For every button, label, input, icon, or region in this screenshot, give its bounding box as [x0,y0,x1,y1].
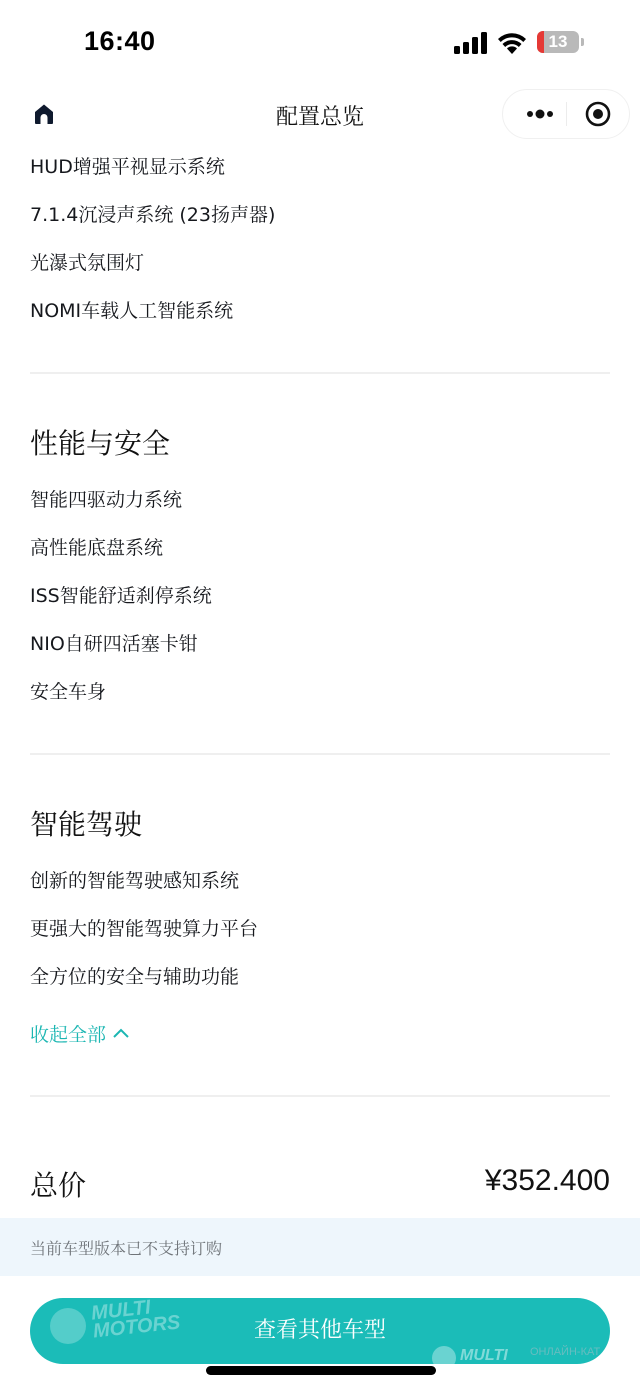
battery-body: 13 [537,31,579,53]
feature-item: 光瀑式氛围灯 [30,239,610,287]
collapse-all-link[interactable]: 收起全部 [30,1013,130,1053]
feature-item: 更强大的智能驾驶算力平台 [30,905,610,953]
section-title: 性能与安全 [30,424,610,464]
feature-item: ISS智能舒适刹停系统 [30,572,610,620]
battery-cap [581,38,584,46]
section-intelligent-cockpit: HUD增强平视显示系统 7.1.4沉浸声系统 (23扬声器) 光瀑式氛围灯 NO… [0,142,640,335]
total-value: ¥352.400 [485,1164,610,1198]
feature-item: NIO自研四活塞卡钳 [30,620,610,668]
status-time: 16:40 [84,26,156,57]
section-smart-driving: 智能驾驶 创新的智能驾驶感知系统 更强大的智能驾驶算力平台 全方位的安全与辅助功… [0,805,640,1053]
status-bar: 16:40 13 [0,0,640,86]
view-other-models-button[interactable]: 查看其他车型 [30,1298,610,1364]
feature-item: 智能四驱动力系统 [30,476,610,524]
collapse-all-label: 收起全部 [30,1020,106,1047]
capsule-divider [566,102,567,126]
section-title: 智能驾驶 [30,805,610,845]
mini-program-capsule [502,89,630,139]
cellular-signal-icon [454,32,488,54]
chevron-up-icon [112,1027,130,1039]
home-icon[interactable] [32,102,56,126]
watermark-logo-icon [432,1346,456,1370]
total-price-row: 总价 ¥352.400 [30,1160,610,1210]
feature-item: 高性能底盘系统 [30,524,610,572]
more-dots-icon[interactable] [513,90,567,138]
notice-bar: 当前车型版本已不支持订购 [0,1218,640,1276]
feature-item: 全方位的安全与辅助功能 [30,953,610,1001]
feature-item: 创新的智能驾驶感知系统 [30,857,610,905]
feature-item: NOMI车载人工智能系统 [30,287,610,335]
section-performance-safety: 性能与安全 智能四驱动力系统 高性能底盘系统 ISS智能舒适刹停系统 NIO自研… [0,424,640,716]
notice-text: 当前车型版本已不支持订购 [30,1236,222,1259]
watermark-logo-icon [50,1308,86,1344]
section-divider [30,1095,610,1097]
feature-item: 7.1.4沉浸声系统 (23扬声器) [30,191,610,239]
battery-level: 13 [537,31,579,53]
close-target-icon[interactable] [571,90,627,138]
feature-item: HUD增强平视显示系统 [30,143,610,191]
nav-bar: 配置总览 [0,86,640,142]
total-label: 总价 [30,1164,86,1204]
battery-indicator: 13 [537,31,585,53]
watermark-caption: ОНЛАЙН-КАТ [530,1346,600,1358]
home-indicator [206,1366,436,1375]
feature-item: 安全车身 [30,668,610,716]
config-content: HUD增强平视显示系统 7.1.4沉浸声系统 (23扬声器) 光瀑式氛围灯 NO… [0,142,640,1097]
wifi-icon [497,30,527,54]
